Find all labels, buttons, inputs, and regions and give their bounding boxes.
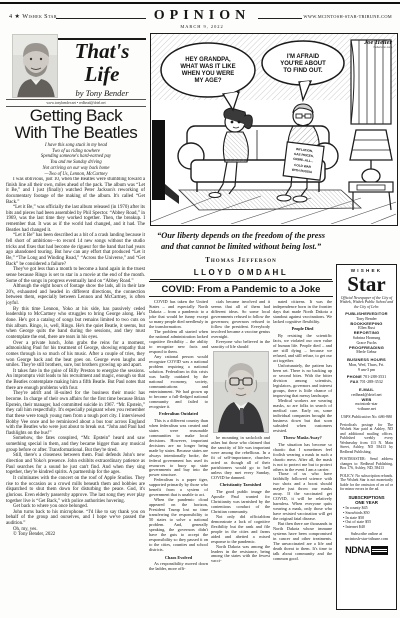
column-byline: by Tony Bender [56, 88, 148, 98]
paragraph: By this time Lennon, Yoko at his side, h… [6, 307, 145, 341]
lloyd-omdahl-photo [213, 351, 269, 433]
subscribe-online-line2: mcintosh-star-tribune.com [339, 537, 394, 542]
paragraph: Those of us who have faithfully followed… [273, 471, 332, 521]
bubble-line: I'M AFRAID [287, 54, 320, 60]
usps-number: USPS Publication No. 686-980 [339, 415, 394, 420]
paragraph: cials became involved and it seems that … [211, 299, 270, 339]
paragraph: It culminates with the concert on the ro… [6, 476, 145, 504]
paragraph: This is a different country than when fe… [149, 418, 208, 478]
bubble-line: WHEN YOU WERE [182, 71, 235, 77]
tony-bender-photo [12, 34, 58, 98]
paragraph: People Died [273, 326, 332, 331]
paragraph: They're adrift and ill-suited for the bu… [6, 391, 145, 436]
bender-article-body: I was oblivious, just 10, when the Beatl… [6, 177, 145, 611]
paragraph: Somehow, the fates conspired, “Mr. Epste… [6, 436, 145, 453]
paragraph: be mounting in sackcloth and ashes but t… [211, 435, 270, 480]
bubble-line: TO FIND OUT. [283, 68, 323, 74]
staff-list: PUBLISHER/EDITORTony BenderBOOKKEEPINGEl… [339, 312, 394, 355]
paragraph: Medical workers are wearing masks, so ar… [273, 398, 332, 433]
bender-headline-line1: Getting Back [5, 107, 147, 124]
paragraph: Unfortunately, the pattern has been set.… [273, 363, 332, 398]
paragraph: The situation has become so chaotic that… [273, 442, 332, 472]
paragraph: “Let it Be” has been described as a bit … [6, 233, 145, 267]
press-freedom-quote: “Our liberty depends on the freedom of t… [150, 231, 332, 252]
paragraph: nated citizens. It was the independence … [273, 299, 332, 324]
paragraph: It takes fate in the guise of Billy Pres… [6, 369, 145, 392]
column-title: That's Life [56, 40, 148, 86]
paragraph: I was oblivious, just 10, when the Beatl… [6, 177, 145, 205]
column-title-line1: That's [56, 40, 148, 63]
quote-attribution: Thomas Jefferson [150, 256, 332, 264]
section-title: OPINION [150, 8, 254, 24]
omdahl-column-2-bottom: be mounting in sackcloth and ashes but t… [211, 435, 270, 564]
lloyd-omdahl-portrait [214, 352, 268, 432]
paragraph: Not only did officialdom demonstrate a l… [211, 514, 270, 544]
paragraph: They've got less than a month to become … [6, 267, 145, 284]
header-rule-left [56, 18, 146, 19]
newspaper-opinion-page: 4 ★ Wishek Star OPINION MARCH 9, 2022 ww… [0, 0, 400, 618]
paragraph: Over a private lunch, John grabs the rei… [6, 341, 145, 369]
policy-notice: POLICY: No subscription refunds. The Wis… [339, 474, 394, 492]
paragraph: John turns back to his microphone. “I'd … [6, 510, 145, 527]
staff-line: Merle Gebur [339, 350, 394, 355]
song-lyrics: I have this song stuck in my headTwo of … [8, 143, 144, 177]
ndna-logo: NDNA [339, 545, 394, 556]
paragraph: Chaos Evolved [149, 555, 208, 560]
paragraph: By resisting the scientific facts, we vi… [273, 333, 332, 363]
bender-headline-line2: With The Beatles [5, 124, 147, 141]
paragraph: Still, there's a closeness between them.… [6, 453, 145, 476]
postmaster-notice: POSTMASTER: Send address changes to: Red… [339, 457, 394, 471]
column-title-line2: Life [56, 63, 148, 86]
paragraph: But then there are thousands in North Da… [273, 521, 332, 561]
omdahl-column-1: COVID has taken the United States – and … [149, 299, 208, 613]
official-newspaper-text: Official Newspaper of the City of Wishek… [339, 296, 394, 310]
subscription-rates-list: • In county $45• Snowbirds $50• In state… [339, 506, 394, 530]
tony-bender-portrait [13, 35, 58, 98]
masthead-website: www.mcintosh-star-tribune.com [303, 14, 392, 19]
cartoon-drawing: INFLATION, GAS PRICES, CRIME–ALL... COLD… [151, 34, 396, 224]
window [351, 40, 391, 124]
paragraph: COVID has taken the United States – and … [149, 299, 208, 329]
masthead-left: 4 ★ Wishek Star [9, 13, 57, 20]
paragraph: The good public image the Apostle Paul w… [211, 489, 270, 514]
bubble-line: YOU'RE ABOUT [280, 61, 326, 67]
paragraph: Throw Masks Away? [273, 435, 332, 440]
fax-label: FAX [350, 379, 358, 384]
rug [179, 190, 361, 210]
bubble-line: WHAT WAS IT LIKE [180, 64, 235, 70]
omdahl-column-2-top: cials became involved and it seems that … [211, 299, 270, 349]
paragraph: © Tony Bender, 2022 [6, 532, 145, 538]
omdahl-headline: COVID: From a Pandemic to a Joke [149, 281, 333, 297]
newspaper-logo: Star [339, 274, 394, 295]
fax-number: 701-288-3532 [360, 379, 383, 384]
web-address-line2: -tribune.net [339, 407, 394, 412]
paragraph: Christianity Tarnished [211, 482, 270, 487]
quote-line2: and that cannot be limited without being… [150, 242, 332, 253]
omdahl-column-3: nated citizens. It was the independence … [273, 299, 332, 613]
paragraph: Although the eight hours of footage show… [6, 284, 145, 307]
editorial-cartoon: INFLATION, GAS PRICES, CRIME–ALL... COLD… [150, 33, 398, 226]
paragraph: Federalism is a paper tiger, supported p… [149, 477, 208, 497]
paragraph: As responsibility moved down the ladder,… [149, 561, 208, 571]
paragraph: When the pandemic cloud appeared on the … [149, 497, 208, 552]
quote-line1: “Our liberty depends on the freedom of t… [150, 231, 332, 242]
masthead-info-box: WISHEK Star Official Newspaper of the Ci… [336, 264, 397, 610]
newspaper-prop: INFLATION, GAS PRICES, CRIME–ALL... COLD… [283, 142, 324, 180]
top-rule [0, 2, 400, 4]
paragraph: The problem all started when the nationa… [149, 329, 208, 354]
header-rule-right [258, 18, 302, 19]
paragraph: North Dakota was among the leaders in th… [211, 544, 270, 564]
bubble-line: MY AGE? [194, 78, 221, 84]
section-date: MARCH 9, 2022 [150, 24, 254, 29]
paragraph: Everyone who believed in the sanctity of… [211, 339, 270, 349]
omdahl-author-header: LLOYD OMDAHL [150, 268, 332, 280]
paragraph: “Let it Be,” was officially the last alb… [6, 205, 145, 233]
subscription-rate: • Internet $40 [343, 525, 394, 530]
bubble-line: HEY GRANDPA, [185, 57, 231, 63]
ndna-logo-text: NDNA [345, 545, 370, 556]
periodicals-notice: Periodicals postage for The Wishek Star … [339, 423, 394, 455]
cartoonist-website: hellertoon.com [374, 45, 393, 49]
bender-headline: Getting Back With The Beatles [5, 107, 147, 141]
omdahl-column-2: cials became involved and it seems that … [211, 299, 270, 613]
paragraph: Any rational person would recognize COVI… [149, 354, 208, 409]
business-hours-times: 9 am-3 pm [339, 368, 394, 373]
tv-edge [152, 120, 165, 200]
paragraph: Federalism Outdated [149, 411, 208, 416]
subscriptions-title: SUBSCRIPTIONS ONE YEAR [339, 495, 394, 505]
ndna-logo-mark [371, 546, 388, 555]
